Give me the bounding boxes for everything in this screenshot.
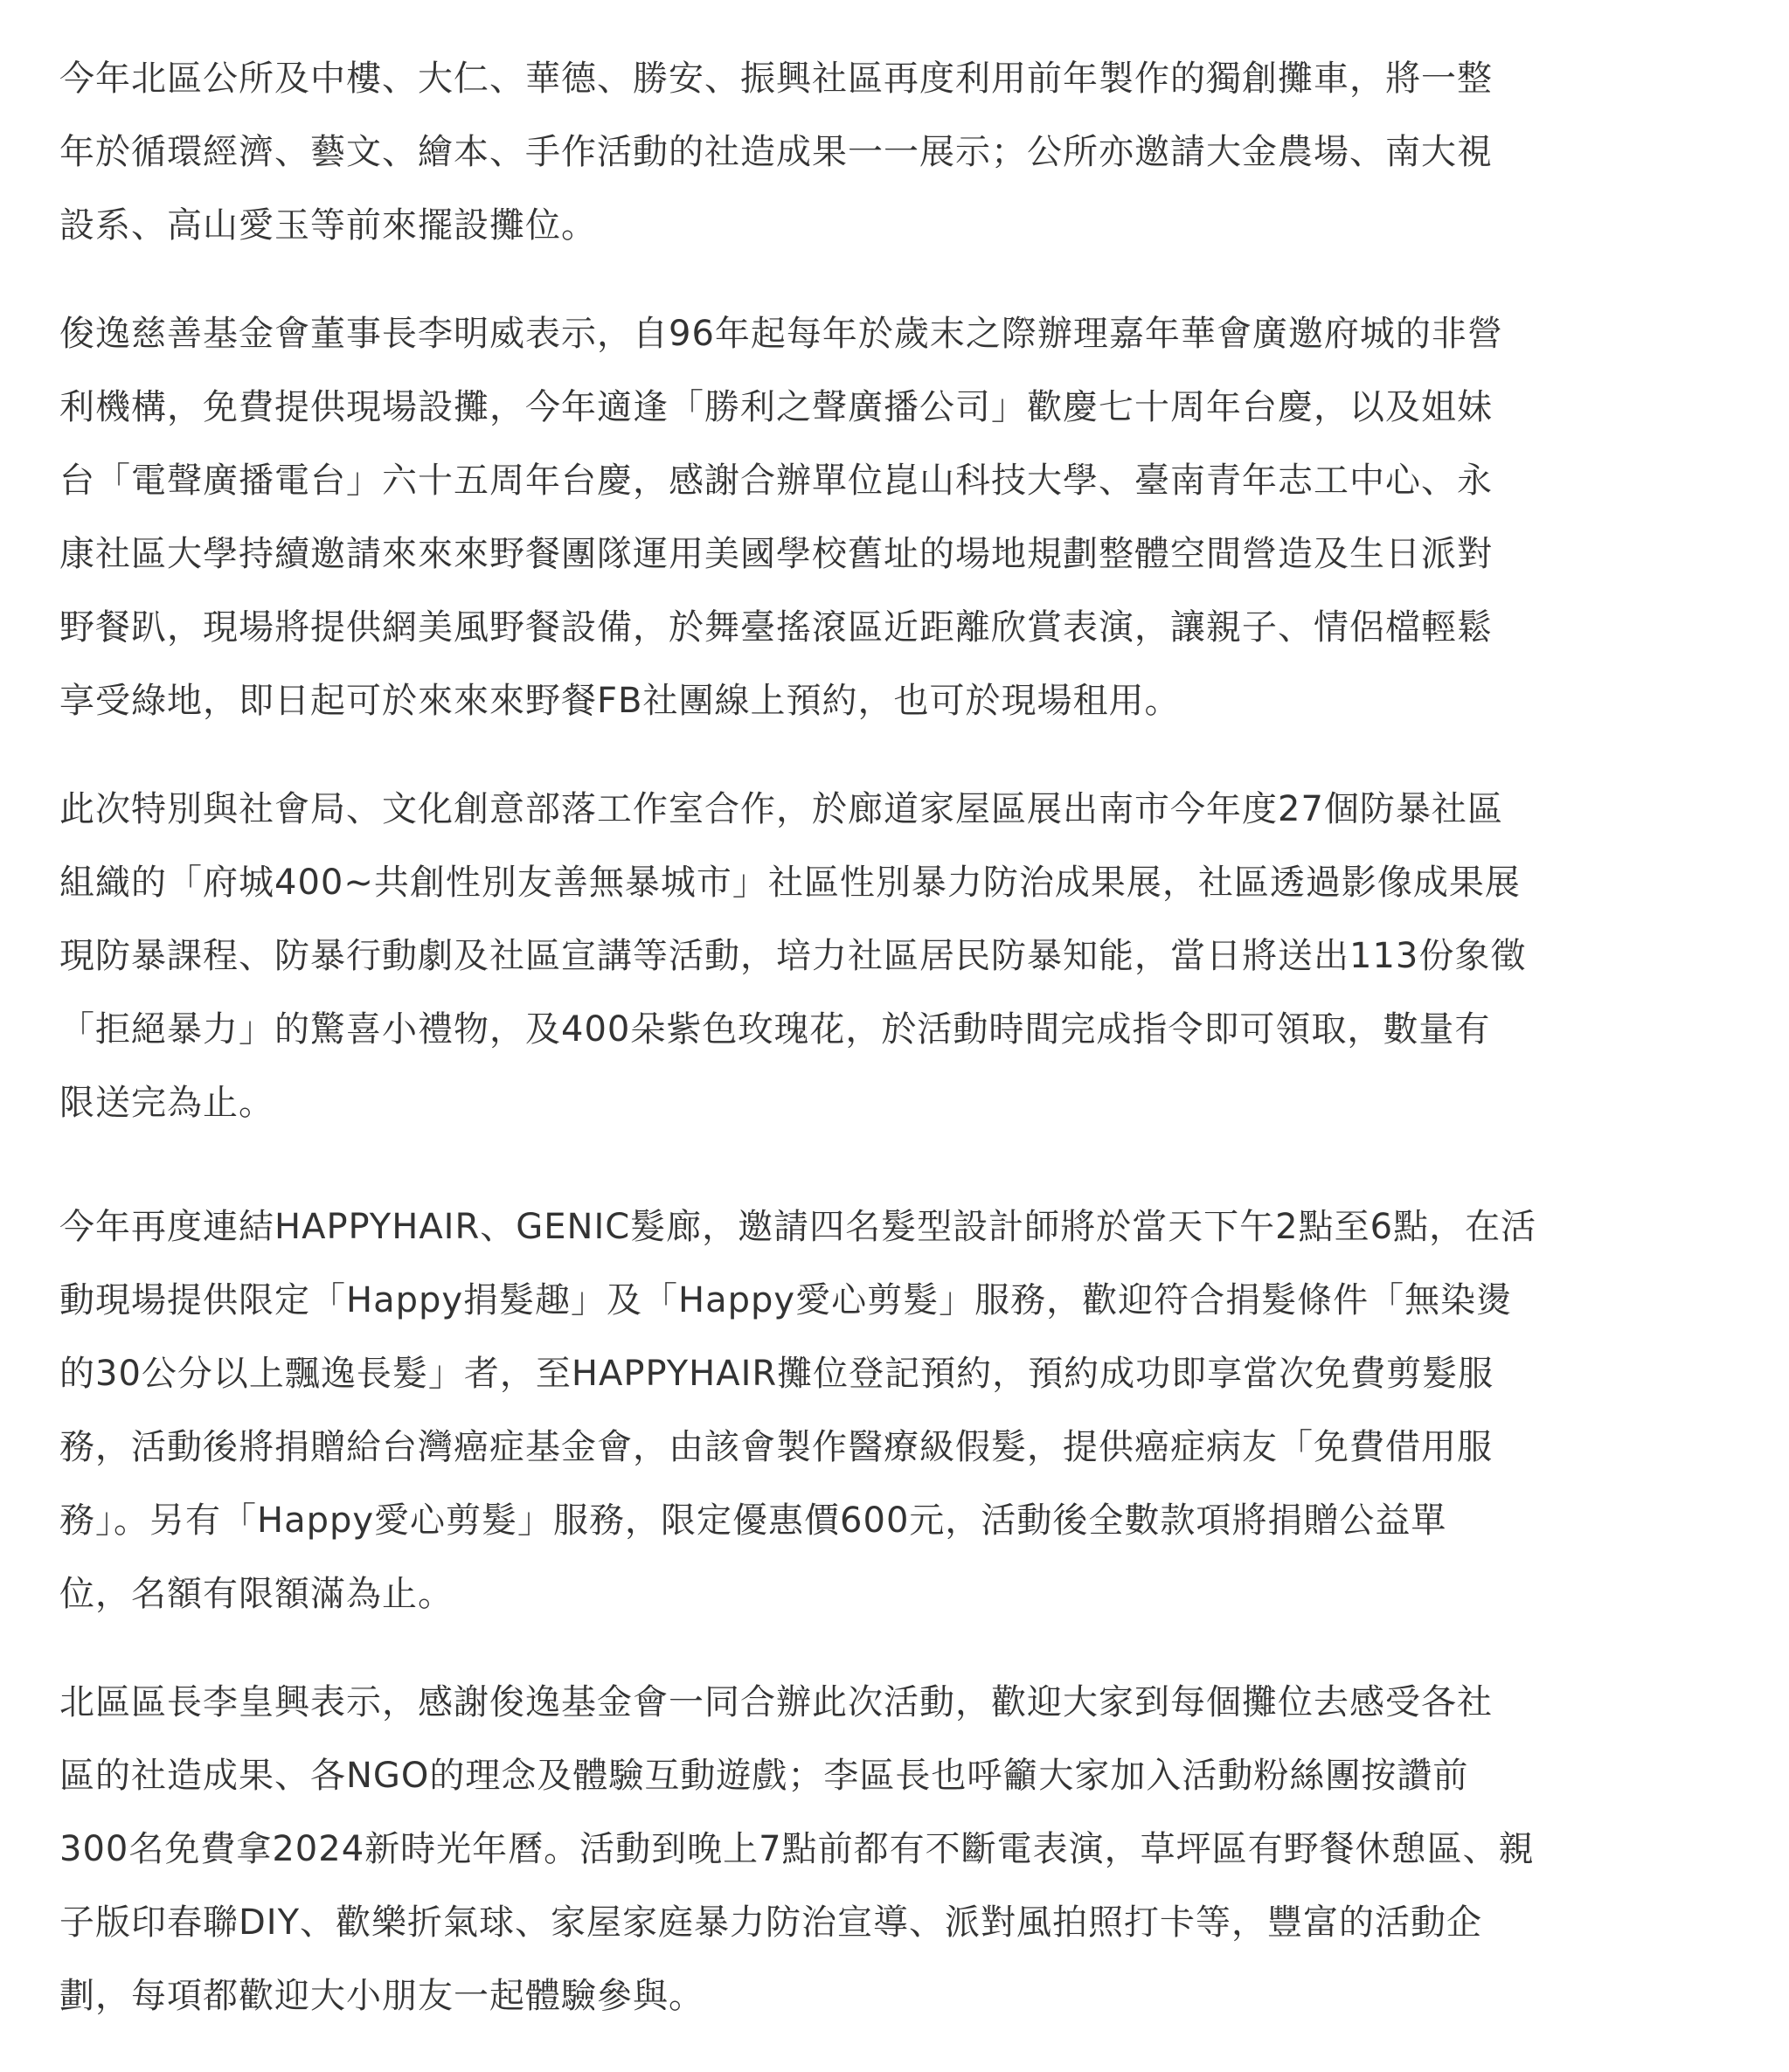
text-line: 野餐趴，現場將提供網美風野餐設備，於舞臺搖滾區近距離欣賞表演，讓親子、情侶檔輕鬆 bbox=[59, 591, 1720, 664]
text-line: 組織的「府城400~共創性別友善無暴城市」社區性別暴力防治成果展，社區透過影像成… bbox=[59, 846, 1720, 919]
text-line: 現防暴課程、防暴行動劇及社區宣講等活動，培力社區居民防暴知能，當日將送出113份… bbox=[59, 919, 1720, 993]
text-line: 俊逸慈善基金會董事長李明威表示，自96年起每年於歲末之際辦理嘉年華會廣邀府城的非… bbox=[59, 297, 1720, 371]
text-line: 300名免費拿2024新時光年曆。活動到晚上7點前都有不斷電表演，草坪區有野餐休… bbox=[59, 1812, 1720, 1886]
paragraph-district-chief-remarks: 北區區長李皇興表示，感謝俊逸基金會一同合辦此次活動，歡迎大家到每個攤位去感受各社… bbox=[59, 1666, 1720, 2033]
text-line: 此次特別與社會局、文化創意部落工作室合作，於廊道家屋區展出南市今年度27個防暴社… bbox=[59, 773, 1720, 846]
article-body: 今年北區公所及中樓、大仁、華德、勝安、振興社區再度利用前年製作的獨創攤車，將一整… bbox=[59, 42, 1720, 2068]
text-line: 年於循環經濟、藝文、繪本、手作活動的社造成果一一展示；公所亦邀請大金農場、南大視 bbox=[59, 115, 1720, 189]
text-line: 務」。另有「Happy愛心剪髮」服務，限定優惠價600元，活動後全數款項將捐贈公… bbox=[59, 1484, 1720, 1557]
text-line: 的30公分以上飄逸長髮」者，至HAPPYHAIR攤位登記預約，預約成功即享當次免… bbox=[59, 1337, 1720, 1410]
paragraph-district-office-stalls: 今年北區公所及中樓、大仁、華德、勝安、振興社區再度利用前年製作的獨創攤車，將一整… bbox=[59, 42, 1720, 262]
text-line: 今年北區公所及中樓、大仁、華德、勝安、振興社區再度利用前年製作的獨創攤車，將一整 bbox=[59, 42, 1720, 115]
text-line: 動現場提供限定「Happy捐髮趣」及「Happy愛心剪髮」服務，歡迎符合捐髮條件… bbox=[59, 1264, 1720, 1337]
paragraph-hair-donation: 今年再度連結HAPPYHAIR、GENIC髮廊，邀請四名髮型設計師將於當天下午2… bbox=[59, 1190, 1720, 1631]
text-line: 子版印春聯DIY、歡樂折氣球、家屋家庭暴力防治宣導、派對風拍照打卡等，豐富的活動… bbox=[59, 1886, 1720, 1959]
text-line: 務，活動後將捐贈給台灣癌症基金會，由該會製作醫療級假髮，提供癌症病友「免費借用服 bbox=[59, 1410, 1720, 1484]
text-line: 區的社造成果、各NGO的理念及體驗互動遊戲；李區長也呼籲大家加入活動粉絲團按讚前 bbox=[59, 1739, 1720, 1812]
paragraph-foundation-chairman: 俊逸慈善基金會董事長李明威表示，自96年起每年於歲末之際辦理嘉年華會廣邀府城的非… bbox=[59, 297, 1720, 738]
text-line: 設系、高山愛玉等前來擺設攤位。 bbox=[59, 189, 1720, 262]
text-line: 享受綠地，即日起可於來來來野餐FB社團線上預約，也可於現場租用。 bbox=[59, 664, 1720, 738]
text-line: 康社區大學持續邀請來來來野餐團隊運用美國學校舊址的場地規劃整體空間營造及生日派對 bbox=[59, 517, 1720, 591]
text-line: 位，名額有限額滿為止。 bbox=[59, 1557, 1720, 1631]
text-line: 利機構，免費提供現場設攤，今年適逢「勝利之聲廣播公司」歡慶七十周年台慶，以及姐妹 bbox=[59, 371, 1720, 444]
text-line: 限送完為止。 bbox=[59, 1066, 1720, 1140]
paragraph-anti-violence-exhibit: 此次特別與社會局、文化創意部落工作室合作，於廊道家屋區展出南市今年度27個防暴社… bbox=[59, 773, 1720, 1140]
text-line: 劃，每項都歡迎大小朋友一起體驗參與。 bbox=[59, 1959, 1720, 2033]
text-line: 「拒絕暴力」的驚喜小禮物，及400朵紫色玫瑰花，於活動時間完成指令即可領取，數量… bbox=[59, 993, 1720, 1066]
text-line: 台「電聲廣播電台」六十五周年台慶，感謝合辦單位崑山科技大學、臺南青年志工中心、永 bbox=[59, 444, 1720, 517]
text-line: 今年再度連結HAPPYHAIR、GENIC髮廊，邀請四名髮型設計師將於當天下午2… bbox=[59, 1190, 1720, 1264]
text-line: 北區區長李皇興表示，感謝俊逸基金會一同合辦此次活動，歡迎大家到每個攤位去感受各社 bbox=[59, 1666, 1720, 1739]
